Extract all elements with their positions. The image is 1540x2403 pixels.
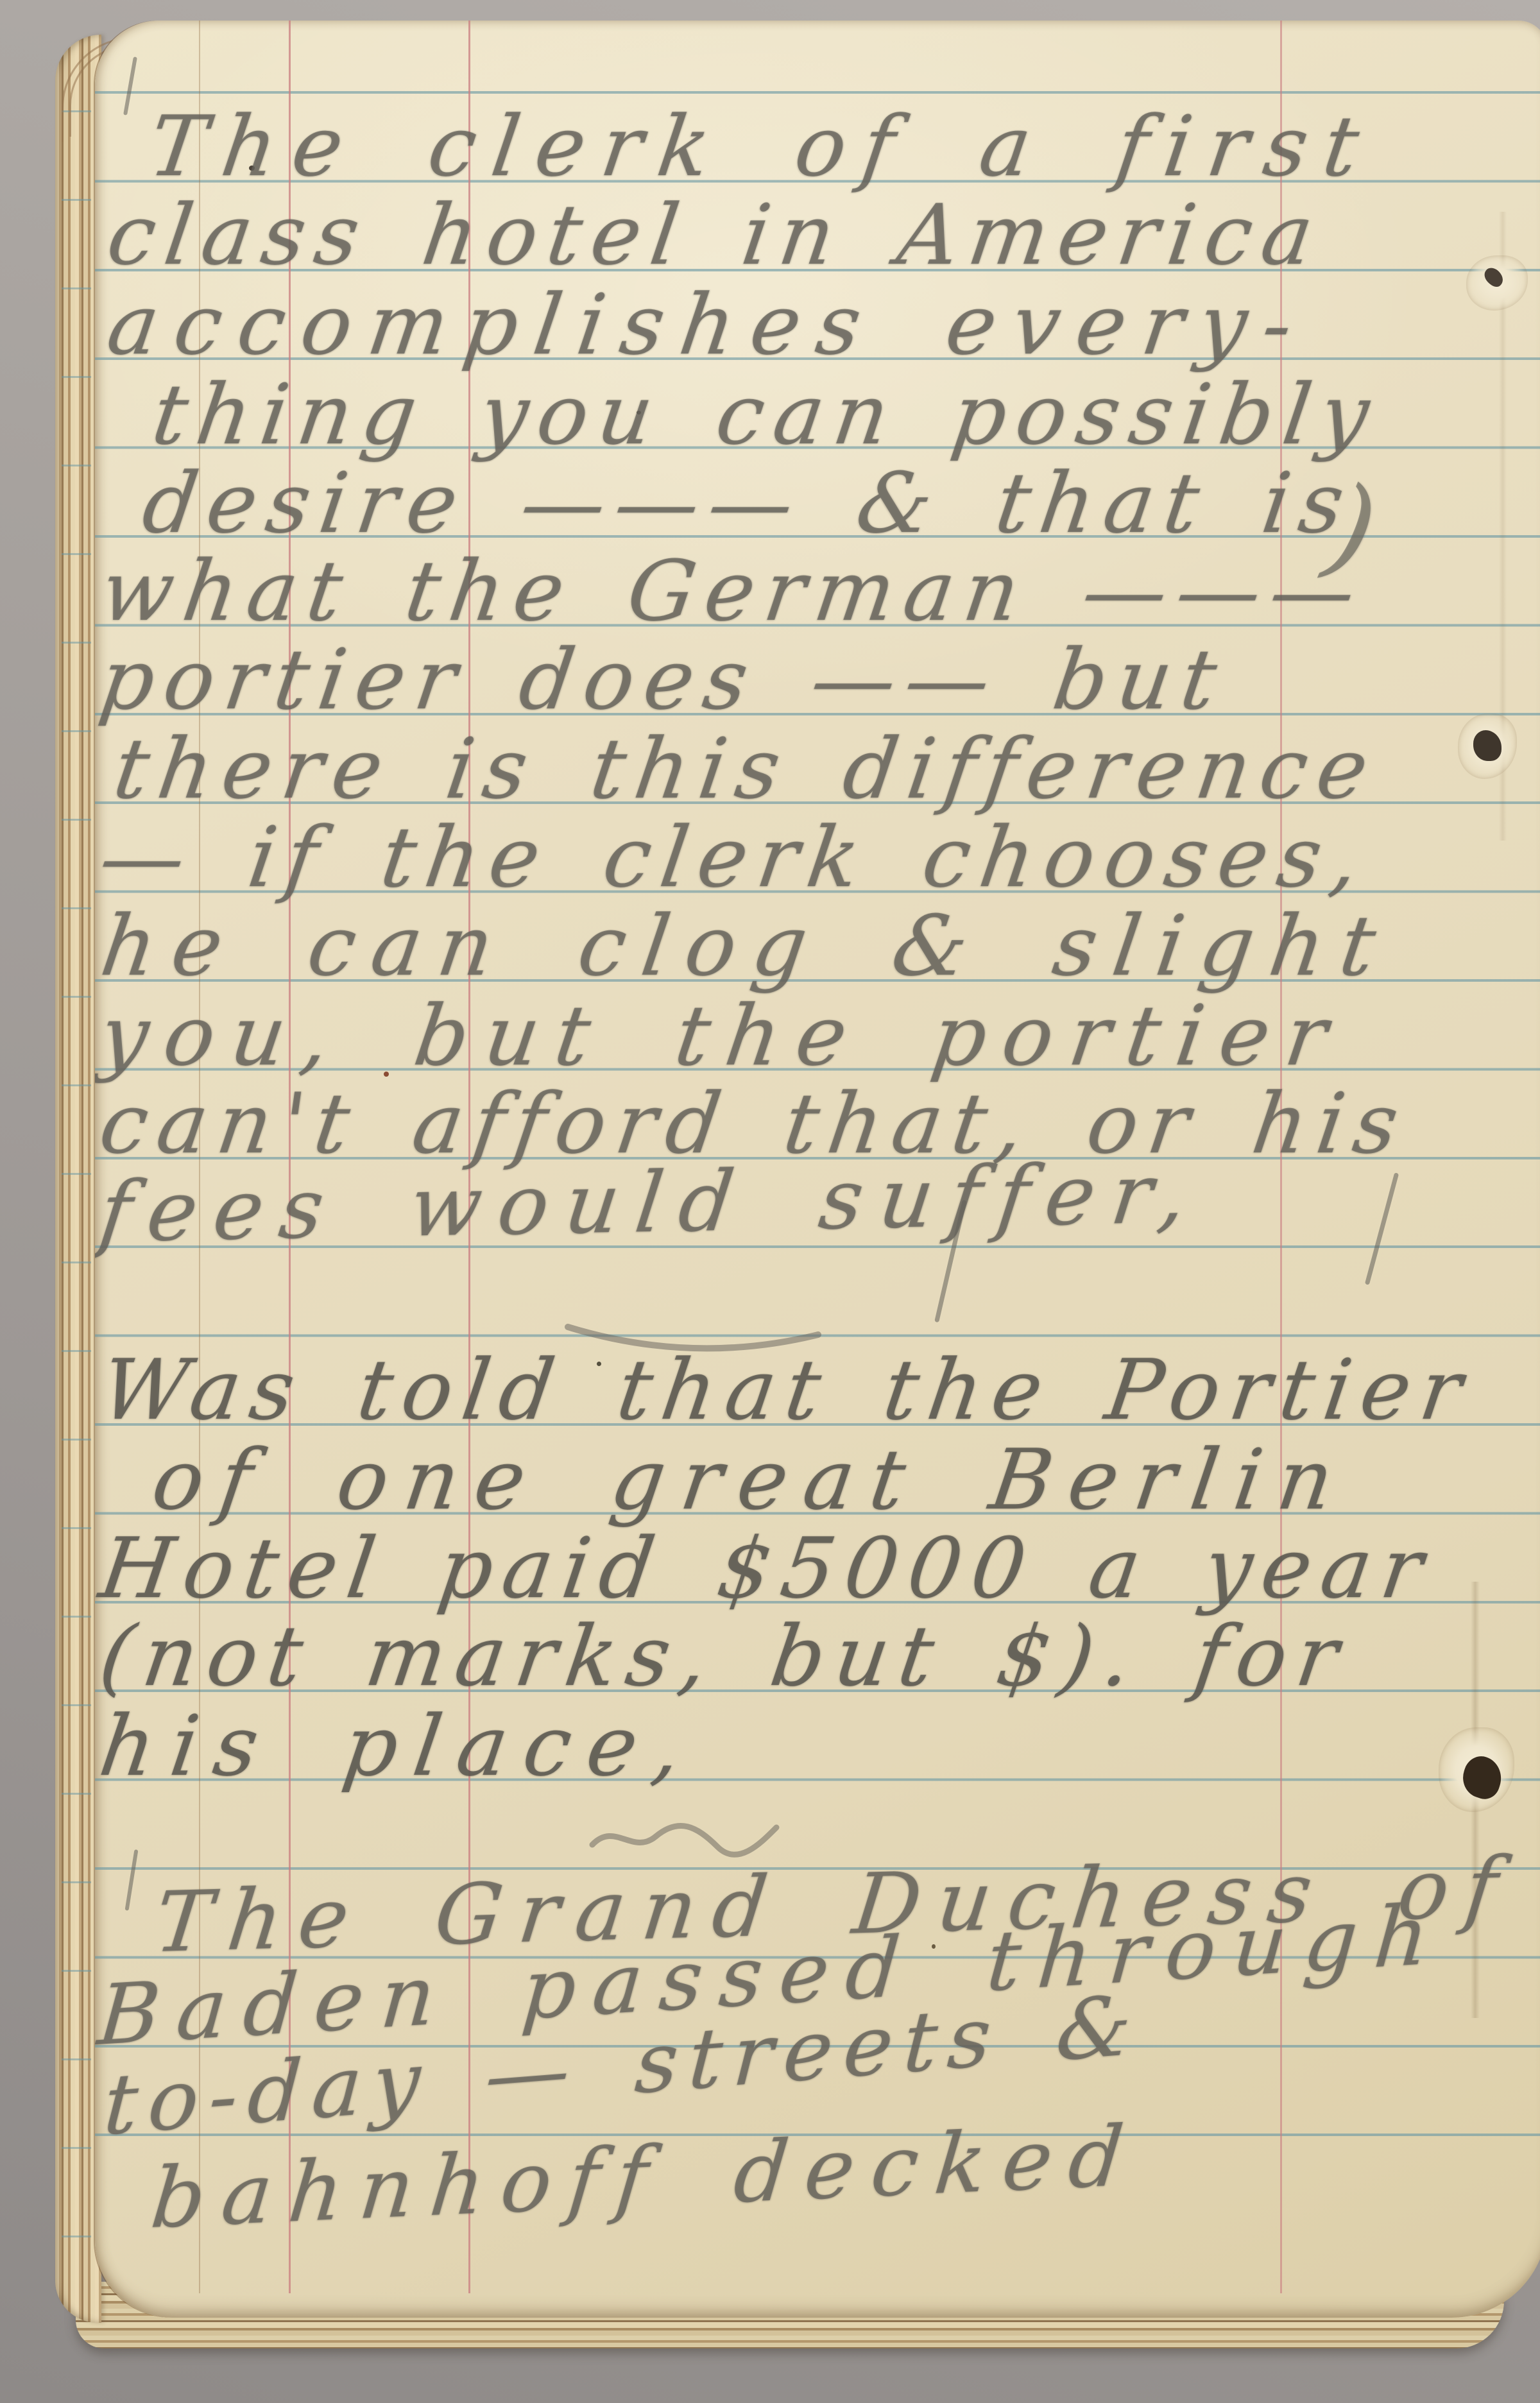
handwritten-line: portier does —— but xyxy=(95,637,1231,723)
handwritten-line: thing you can possibly xyxy=(148,372,1384,458)
handwritten-line: fees would suffer, xyxy=(95,1150,1208,1254)
scanned-notebook-photo: The clerk of a first class hotel in Amer… xyxy=(0,0,1540,2403)
handwritten-line: Was told that the Portier xyxy=(96,1347,1477,1433)
handwritten-line: The clerk of a first xyxy=(144,104,1380,189)
handwritten-line: Hotel paid $5000 a year xyxy=(95,1526,1438,1611)
notebook-page: The clerk of a first class hotel in Amer… xyxy=(95,21,1540,2318)
handwritten-line: of one great Berlin xyxy=(148,1437,1355,1523)
handwritten-line: desire ——— & that is xyxy=(138,461,1359,546)
under-page-rule-marks xyxy=(62,110,91,2247)
handwritten-line: — if the clerk chooses, xyxy=(95,815,1374,900)
handwritten-line: class hotel in America xyxy=(103,192,1328,278)
handwritten-line: his place, xyxy=(95,1704,703,1789)
handwritten-line: accomplishes every- xyxy=(103,282,1314,368)
handwritten-line: (not marks, but $). for xyxy=(95,1614,1353,1699)
handwritten-line: he can clog & slight xyxy=(96,903,1397,989)
handwritten-line: what the German ——— xyxy=(96,549,1371,634)
handwritten-line: there is this difference xyxy=(109,726,1383,812)
handwritten-line: you, but the portier xyxy=(95,993,1349,1079)
